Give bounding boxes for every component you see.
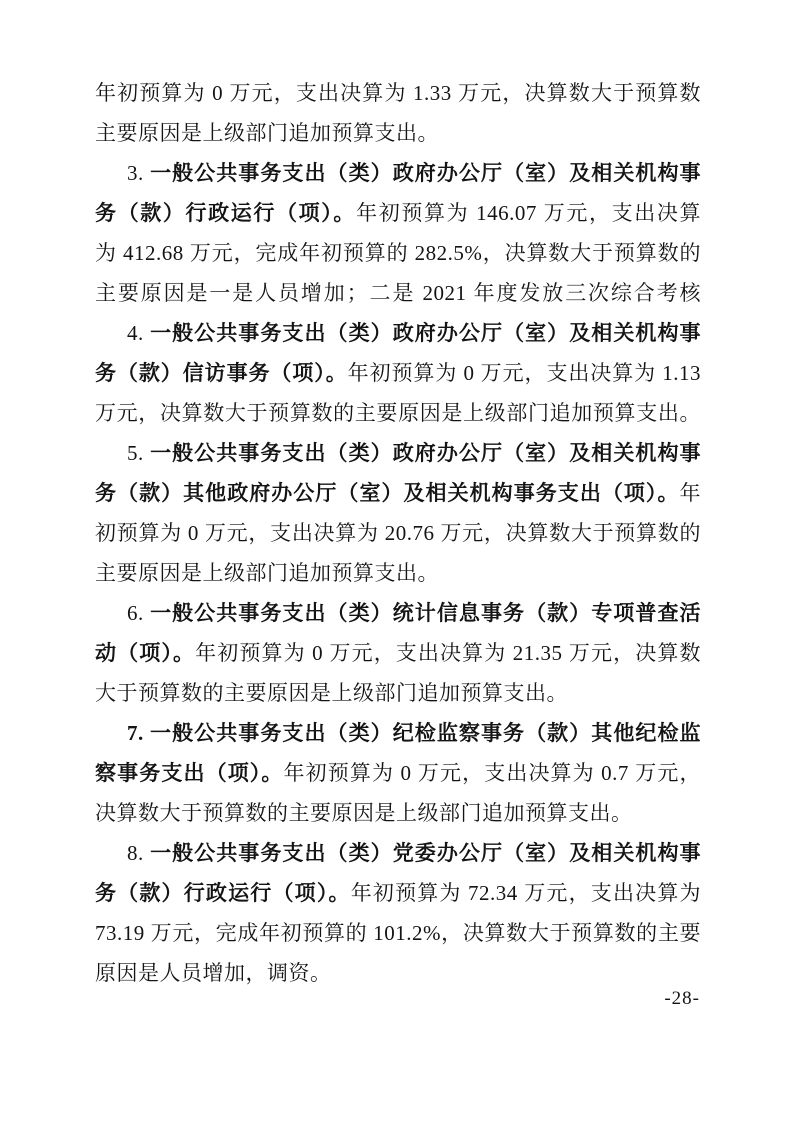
text-line: 3. 一般公共事务支出（类）政府办公厅（室）及相关机构事 (95, 153, 701, 193)
body-text-segment: 大于预算数的主要原因是上级部门追加预算支出。 (95, 681, 568, 705)
heading-segment: 一般公共事务支出（类）政府办公厅（室）及相关机构事 (150, 441, 701, 465)
list-number: 8. (127, 841, 150, 865)
text-line: 为 412.68 万元，完成年初预算的 282.5%，决算数大于预算数的 (95, 233, 701, 273)
list-number: 5. (127, 441, 150, 465)
paragraph: 5. 一般公共事务支出（类）政府办公厅（室）及相关机构事务（款）其他政府办公厅（… (95, 433, 701, 593)
body-text-segment: 主要原因是上级部门追加预算支出。 (95, 561, 439, 585)
paragraph: 年初预算为 0 万元，支出决算为 1.33 万元，决算数大于预算数的主要原因是上… (95, 73, 701, 153)
text-line: 务（款）行政运行（项）。年初预算为 72.34 万元，支出决算为 (95, 873, 701, 913)
heading-segment: 察事务支出（项）。 (95, 761, 284, 785)
text-line: 4. 一般公共事务支出（类）政府办公厅（室）及相关机构事 (95, 313, 701, 353)
body-text-segment: 决算数大于预算数的主要原因是上级部门追加预算支出。 (95, 801, 633, 825)
heading-segment: 务（款）行政运行（项）。 (95, 881, 351, 905)
heading-segment: 动（项）。 (95, 641, 195, 665)
body-text-segment: 为 412.68 万元，完成年初预算的 282.5%，决算数大于预算数的 (95, 241, 701, 265)
body-text-segment: 年初预算为 0 万元，支出决算为 21.35 万元，决算数 (195, 641, 701, 665)
document-body: 年初预算为 0 万元，支出决算为 1.33 万元，决算数大于预算数的主要原因是上… (95, 73, 701, 993)
paragraph: 8. 一般公共事务支出（类）党委办公厅（室）及相关机构事务（款）行政运行（项）。… (95, 833, 701, 993)
body-text-segment: 万元，决算数大于预算数的主要原因是上级部门追加预算支出。 (95, 401, 701, 425)
text-line: 原因是人员增加，调资。 (95, 953, 701, 993)
list-number: 3. (127, 161, 150, 185)
body-text-segment: 年 (680, 481, 702, 505)
list-number: 6. (127, 601, 150, 625)
text-line: 主要原因是一是人员增加；二是 2021 年度发放三次综合考核奖。 (95, 273, 701, 313)
heading-segment: 务（款）行政运行（项）。 (95, 201, 356, 225)
body-text-segment: 年初预算为 0 万元，支出决算为 1.33 万元，决算数大于预算数的 (95, 81, 701, 113)
body-text-segment: 73.19 万元，完成年初预算的 101.2%，决算数大于预算数的主要 (95, 921, 701, 945)
text-line: 7. 一般公共事务支出（类）纪检监察事务（款）其他纪检监 (95, 713, 701, 753)
text-line: 主要原因是上级部门追加预算支出。 (95, 113, 701, 153)
text-line: 决算数大于预算数的主要原因是上级部门追加预算支出。 (95, 793, 701, 833)
body-text-segment: 原因是人员增加，调资。 (95, 961, 332, 985)
body-text-segment: 初预算为 0 万元，支出决算为 20.76 万元，决算数大于预算数的 (95, 521, 701, 545)
paragraph: 6. 一般公共事务支出（类）统计信息事务（款）专项普查活动（项）。年初预算为 0… (95, 593, 701, 713)
heading-segment: 务（款）信访事务（项）。 (95, 361, 348, 385)
text-line: 大于预算数的主要原因是上级部门追加预算支出。 (95, 673, 701, 713)
text-line: 5. 一般公共事务支出（类）政府办公厅（室）及相关机构事 (95, 433, 701, 473)
heading-segment: 一般公共事务支出（类）统计信息事务（款）专项普查活 (150, 601, 701, 625)
body-text-segment: 年初预算为 0 万元，支出决算为 0.7 万元， (284, 761, 701, 785)
list-number: 4. (127, 321, 150, 345)
text-line: 务（款）行政运行（项）。年初预算为 146.07 万元，支出决算 (95, 193, 701, 233)
paragraph: 3. 一般公共事务支出（类）政府办公厅（室）及相关机构事务（款）行政运行（项）。… (95, 153, 701, 313)
text-line: 73.19 万元，完成年初预算的 101.2%，决算数大于预算数的主要 (95, 913, 701, 953)
body-text-segment: 主要原因是上级部门追加预算支出。 (95, 121, 439, 145)
paragraph: 4. 一般公共事务支出（类）政府办公厅（室）及相关机构事务（款）信访事务（项）。… (95, 313, 701, 433)
text-line: 6. 一般公共事务支出（类）统计信息事务（款）专项普查活 (95, 593, 701, 633)
text-line: 务（款）其他政府办公厅（室）及相关机构事务支出（项）。年 (95, 473, 701, 513)
body-text-segment: 年初预算为 72.34 万元，支出决算为 (351, 881, 701, 905)
text-line: 8. 一般公共事务支出（类）党委办公厅（室）及相关机构事 (95, 833, 701, 873)
text-line: 年初预算为 0 万元，支出决算为 1.33 万元，决算数大于预算数的 (95, 73, 701, 113)
heading-segment: 7. 一般公共事务支出（类）纪检监察事务（款）其他纪检监 (127, 721, 701, 745)
heading-segment: 一般公共事务支出（类）政府办公厅（室）及相关机构事 (150, 161, 701, 185)
text-line: 动（项）。年初预算为 0 万元，支出决算为 21.35 万元，决算数 (95, 633, 701, 673)
body-text-segment: 年初预算为 146.07 万元，支出决算 (356, 201, 701, 225)
heading-segment: 一般公共事务支出（类）党委办公厅（室）及相关机构事 (150, 841, 701, 865)
text-line: 万元，决算数大于预算数的主要原因是上级部门追加预算支出。 (95, 393, 701, 433)
heading-segment: 务（款）其他政府办公厅（室）及相关机构事务支出（项）。 (95, 481, 680, 505)
document-page: 年初预算为 0 万元，支出决算为 1.33 万元，决算数大于预算数的主要原因是上… (0, 0, 793, 1122)
heading-segment: 一般公共事务支出（类）政府办公厅（室）及相关机构事 (150, 321, 701, 345)
page-number: -28- (664, 986, 700, 1012)
body-text-segment: 年初预算为 0 万元，支出决算为 1.13 (348, 361, 701, 385)
text-line: 初预算为 0 万元，支出决算为 20.76 万元，决算数大于预算数的 (95, 513, 701, 553)
text-line: 察事务支出（项）。年初预算为 0 万元，支出决算为 0.7 万元， (95, 753, 701, 793)
body-text-segment: 主要原因是一是人员增加；二是 2021 年度发放三次综合考核奖。 (95, 281, 701, 313)
paragraph: 7. 一般公共事务支出（类）纪检监察事务（款）其他纪检监察事务支出（项）。年初预… (95, 713, 701, 833)
text-line: 务（款）信访事务（项）。年初预算为 0 万元，支出决算为 1.13 (95, 353, 701, 393)
text-line: 主要原因是上级部门追加预算支出。 (95, 553, 701, 593)
